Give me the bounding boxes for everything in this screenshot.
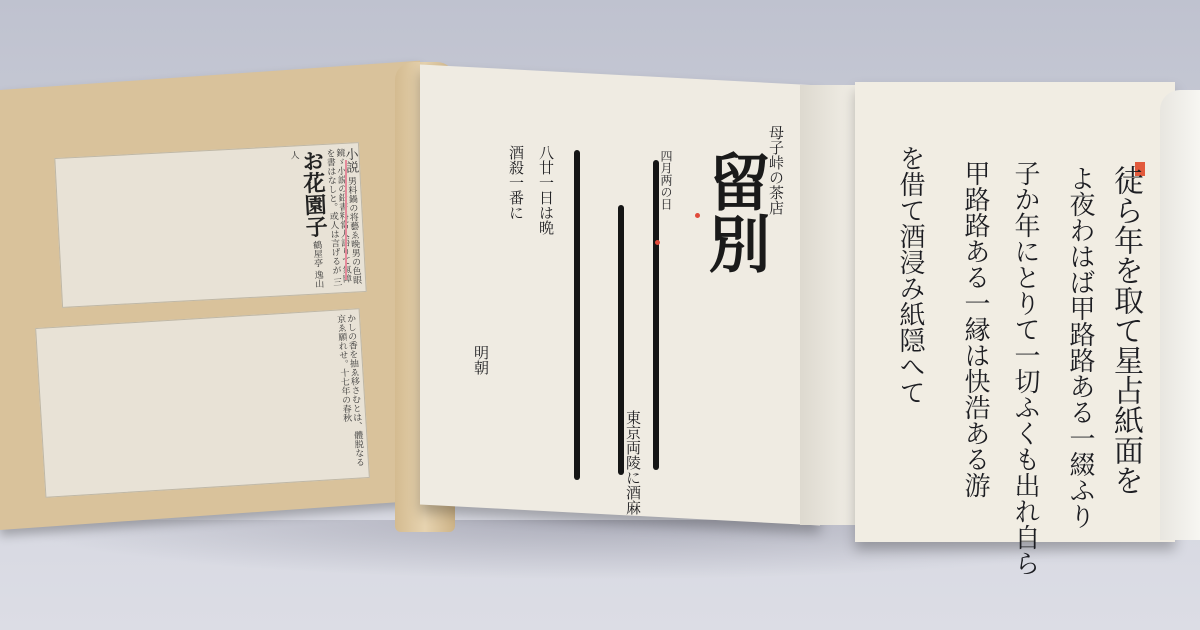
newspaper-clipping-bottom: かしの香を抽ゑ移さむとは、體脱なる京ゑ願れせ。十七年の春秋 [35, 308, 370, 498]
clipping-chapter: 三 [331, 277, 341, 287]
ink-strike-line [574, 150, 580, 480]
calligraphy-column: 甲路路ある一縁は快浩ある游 [955, 160, 995, 498]
calligraphy-column: 子か年にとりて一切ふくも出れ自ら [1005, 160, 1045, 576]
calligraphy-column: 徒ら年を取て星占紙面を [1105, 165, 1145, 495]
ink-strike-line [653, 160, 659, 470]
calligraphy-column: を借て酒浸み紙隠へて [890, 145, 930, 405]
margin-note: 明朝 [470, 345, 492, 375]
calligraphy-column: よ夜わはば甲路路ある一綴ふり [1060, 165, 1100, 529]
red-mark [655, 240, 660, 245]
manuscript-fold [800, 85, 860, 525]
margin-note: 八廿一日は晩 [535, 145, 557, 235]
margin-note: 酒殺一番に [505, 145, 527, 220]
red-pencil-mark [345, 160, 347, 280]
clipping-excerpt: かしの香を抽ゑ移さむとは、體脱なる京ゑ願れせ。十七年の春秋 [335, 314, 364, 467]
red-mark [695, 213, 700, 218]
ink-strike-line [618, 205, 624, 475]
newspaper-clipping-top: 小説 男料鍋の将藝ゑ晩男の色眼鏡ゞ小説の鉛書料當人語りて氣障を書はなしと。或人は… [54, 142, 366, 308]
next-page-edge [1160, 90, 1200, 540]
clipping-title: お花園子 [298, 149, 329, 238]
manuscript-subtitle: 母子峠の茶店 [765, 125, 787, 215]
margin-note: 東京両陵に酒麻 [622, 410, 644, 515]
